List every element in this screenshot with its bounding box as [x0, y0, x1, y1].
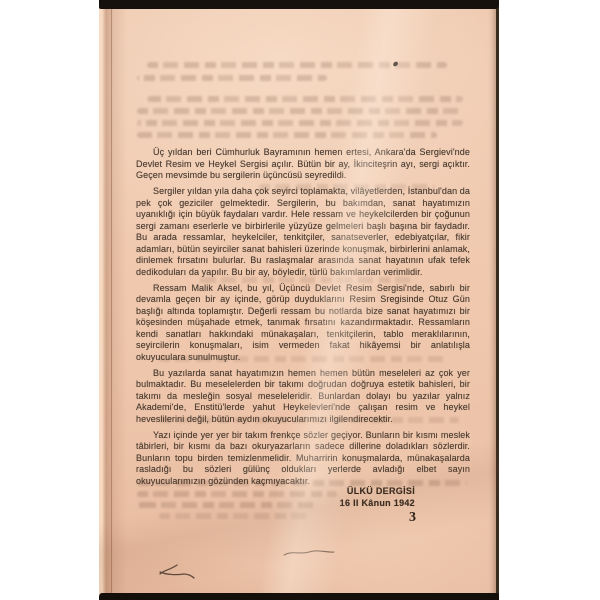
- ghost-text-line: [147, 62, 447, 68]
- ghost-text-line: [137, 108, 463, 114]
- ghost-text-line: [147, 96, 463, 102]
- paragraph-5: Yazı içinde yer yer bir takım frenkçe sö…: [136, 430, 470, 488]
- signature-block: ÜLKÜ DERGİSİ 16 II Kânun 1942: [219, 486, 415, 509]
- ghost-text-line: [137, 120, 463, 126]
- paragraph-2: Sergiler yıldan yıla daha çok seyirci to…: [136, 186, 470, 278]
- paragraph-3: Ressam Malik Aksel, bu yıl, Üçüncü Devle…: [136, 283, 470, 364]
- book-edge-top: [99, 0, 499, 9]
- book-edge-bottom: [99, 593, 499, 600]
- spine-crease-line: [111, 0, 112, 600]
- page-number: 3: [409, 510, 416, 526]
- paragraph-1: Üç yıldan beri Cümhurluk Bayramının heme…: [136, 147, 470, 182]
- book-page: Üç yıldan beri Cümhurluk Bayramının heme…: [99, 0, 499, 600]
- spine-shadow: [99, 0, 127, 600]
- ink-scribble: [157, 563, 195, 581]
- ghost-text-line: [137, 75, 327, 81]
- ghost-text-line: [159, 513, 309, 519]
- ghost-text-line: [137, 132, 437, 138]
- ink-scribble: [283, 548, 335, 558]
- paragraph-4: Bu yazılarda sanat hayatımızın hemen hem…: [136, 368, 470, 426]
- journal-name: ÜLKÜ DERGİSİ: [219, 486, 415, 498]
- article-text: Üç yıldan beri Cümhurluk Bayramının heme…: [136, 147, 470, 492]
- journal-date: 16 II Kânun 1942: [219, 498, 415, 510]
